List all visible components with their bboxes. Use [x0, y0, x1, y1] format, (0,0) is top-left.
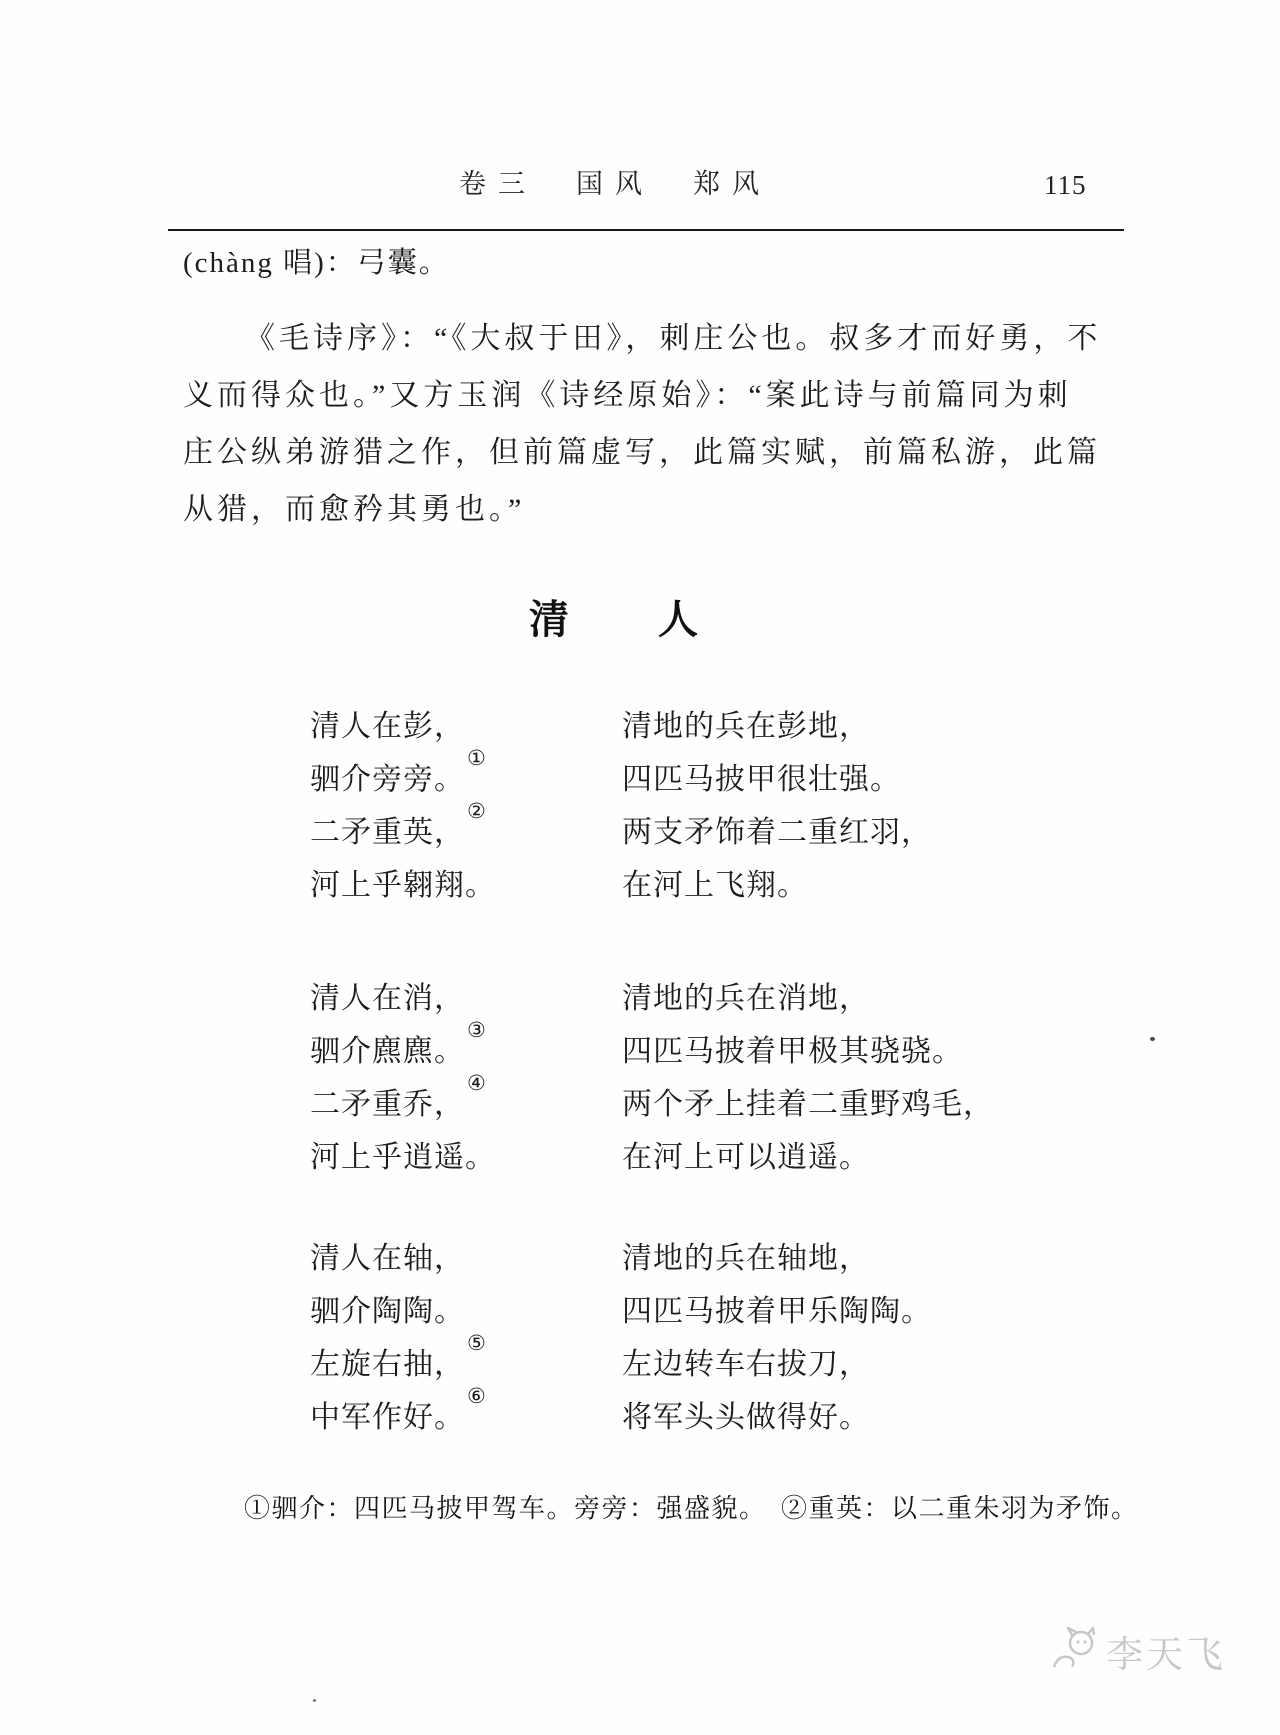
verse-cn: 清人在彭，: [310, 710, 465, 743]
verse-translation: 四匹马披着甲极其骁骁。: [622, 1025, 1070, 1078]
verse-cn: 河上乎翱翔。: [310, 869, 496, 902]
verse-translation: 四匹马披甲很壮强。: [622, 753, 1070, 806]
verse-translation: 两个矛上挂着二重野鸡毛，: [622, 1078, 1070, 1131]
verse-translation: 左边转车右拔刀，: [622, 1338, 1070, 1391]
verse-translation: 四匹马披着甲乐陶陶。: [622, 1285, 1070, 1338]
poem-line: 驷介陶陶。 四匹马披着甲乐陶陶。: [310, 1285, 1070, 1338]
scan-speck: [1150, 1037, 1155, 1041]
footnote-ref: ③: [467, 1020, 486, 1041]
preface-line: 义而得众也。”又方玉润《诗经原始》：“案此诗与前篇同为刺: [183, 367, 1053, 424]
verse-cn: 驷介旁旁。: [310, 763, 465, 796]
scan-speck: [313, 1699, 316, 1702]
preface-paragraph: 《毛诗序》：“《大叔于田》，刺庄公也。叔多才而好勇，不 义而得众也。”又方玉润《…: [183, 310, 1053, 538]
poem-line: 清人在彭， 清地的兵在彭地，: [310, 700, 1070, 753]
verse-translation: 清地的兵在消地，: [622, 972, 1070, 1025]
poem-stanza-2: 清人在消， 清地的兵在消地， 驷介麃麃。③ 四匹马披着甲极其骁骁。 二矛重乔，④…: [310, 972, 1070, 1184]
footnote-ref: ⑤: [467, 1333, 486, 1354]
preface-line: 庄公纵弟游猎之作，但前篇虚写，此篇实赋，前篇私游，此篇: [183, 424, 1053, 481]
verse-cn: 驷介麃麃。: [310, 1035, 465, 1068]
header-rule: [168, 229, 1124, 231]
poem-line: 驷介旁旁。① 四匹马披甲很壮强。: [310, 753, 1070, 806]
poem-title: 清 人: [170, 588, 1060, 645]
preface-line: 从猎，而愈矜其勇也。”: [183, 481, 1053, 538]
verse-translation: 清地的兵在彭地，: [622, 700, 1070, 753]
verse-cn: 清人在轴，: [310, 1242, 465, 1275]
verse-cn: 二矛重乔，: [310, 1088, 465, 1121]
footnote-ref: ④: [467, 1073, 486, 1094]
poem-line: 驷介麃麃。③ 四匹马披着甲极其骁骁。: [310, 1025, 1070, 1078]
book-page: 卷三 国风 郑风 115 (chàng 唱)：弓囊。 《毛诗序》：“《大叔于田》…: [0, 0, 1280, 1735]
watermark-name: 李天飞: [1106, 1624, 1226, 1678]
watermark: 李天飞: [1048, 1624, 1226, 1678]
poem-line: 清人在轴， 清地的兵在轴地，: [310, 1232, 1070, 1285]
verse-cn: 清人在消，: [310, 982, 465, 1015]
verse-cn: 河上乎逍遥。: [310, 1141, 496, 1174]
gloss-line: (chàng 唱)：弓囊。: [183, 240, 450, 281]
poem-line: 二矛重英，② 两支矛饰着二重红羽，: [310, 806, 1070, 859]
poem-stanza-1: 清人在彭， 清地的兵在彭地， 驷介旁旁。① 四匹马披甲很壮强。 二矛重英，② 两…: [310, 700, 1070, 912]
verse-translation: 清地的兵在轴地，: [622, 1232, 1070, 1285]
poem-stanza-3: 清人在轴， 清地的兵在轴地， 驷介陶陶。 四匹马披着甲乐陶陶。 左旋右抽，⑤ 左…: [310, 1232, 1070, 1444]
poem-line: 左旋右抽，⑤ 左边转车右拔刀，: [310, 1338, 1070, 1391]
poem-line: 清人在消， 清地的兵在消地，: [310, 972, 1070, 1025]
verse-cn: 左旋右抽，: [310, 1348, 465, 1381]
verse-cn: 驷介陶陶。: [310, 1295, 465, 1328]
verse-translation: 在河上可以逍遥。: [622, 1131, 1070, 1184]
verse-translation: 在河上飞翔。: [622, 859, 1070, 912]
footnotes: ①驷介：四匹马披甲驾车。旁旁：强盛貌。 ②重英：以二重朱羽为矛饰。: [244, 1488, 1044, 1525]
page-number: 115: [1044, 170, 1087, 201]
verse-translation: 两支矛饰着二重红羽，: [622, 806, 1070, 859]
verse-cn: 二矛重英，: [310, 816, 465, 849]
footnote-ref: ②: [467, 801, 486, 822]
preface-line: 《毛诗序》：“《大叔于田》，刺庄公也。叔多才而好勇，不: [183, 310, 1053, 367]
poem-line: 河上乎翱翔。 在河上飞翔。: [310, 859, 1070, 912]
poem-line: 中军作好。⑥ 将军头头做得好。: [310, 1391, 1070, 1444]
watermark-logo-icon: [1048, 1625, 1102, 1678]
poem-line: 二矛重乔，④ 两个矛上挂着二重野鸡毛，: [310, 1078, 1070, 1131]
footnote-ref: ⑥: [467, 1386, 486, 1407]
verse-cn: 中军作好。: [310, 1401, 465, 1434]
footnote-ref: ①: [467, 748, 486, 769]
verse-translation: 将军头头做得好。: [622, 1391, 1070, 1444]
running-header-title: 卷三 国风 郑风: [170, 162, 1060, 201]
poem-line: 河上乎逍遥。 在河上可以逍遥。: [310, 1131, 1070, 1184]
